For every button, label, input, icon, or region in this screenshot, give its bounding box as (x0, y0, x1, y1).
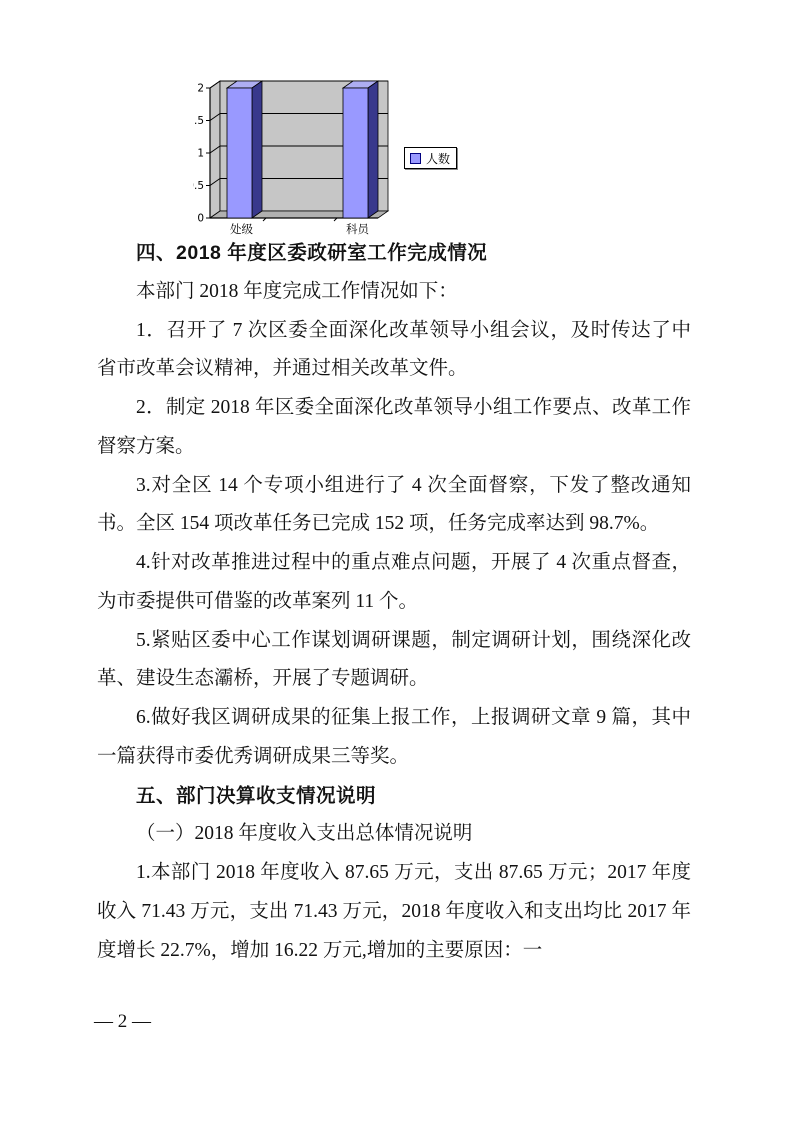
page-number: — 2 — (94, 1003, 151, 1041)
paragraph-item-5: 5.紧贴区委中心工作谋划调研课题，制定调研计划，围绕深化改革、建设生态灞桥，开展… (97, 622, 691, 700)
paragraph-item-4: 4.针对改革推进过程中的重点难点问题，开展了 4 次重点督查，为市委提供可借鉴的… (97, 544, 691, 622)
y-tick-label: 0 (197, 213, 204, 225)
document-body: 四、2018 年度区委政研室工作完成情况 本部门 2018 年度完成工作情况如下… (97, 234, 691, 970)
paragraph-subheading-1: （一）2018 年度收入支出总体情况说明 (97, 815, 691, 854)
y-tick-label: 2 (197, 83, 204, 95)
paragraph-item-2: 2．制定 2018 年区委全面深化改革领导小组工作要点、改革工作督察方案。 (97, 389, 691, 467)
paragraph-item-3: 3.对全区 14 个专项小组进行了 4 次全面督察，下发了整改通知书。全区 15… (97, 467, 691, 545)
legend-swatch (410, 153, 421, 164)
document-page: 00.511.52处级科员 人数 四、2018 年度区委政研室工作完成情况 本部… (0, 0, 793, 1122)
bar-side (252, 81, 262, 218)
section-heading-4: 四、2018 年度区委政研室工作完成情况 (97, 234, 691, 273)
paragraph-intro: 本部门 2018 年度完成工作情况如下： (97, 273, 691, 312)
paragraph-item-6: 6.做好我区调研成果的征集上报工作，上报调研文章 9 篇，其中一篇获得市委优秀调… (97, 699, 691, 777)
y-tick-label: 1.5 (193, 115, 204, 127)
y-tick-label: 1 (197, 148, 204, 160)
section-heading-5: 五、部门决算收支情况说明 (97, 777, 691, 816)
y-tick-label: 0.5 (193, 180, 204, 192)
staff-chart: 00.511.52处级科员 人数 (193, 78, 485, 248)
paragraph-budget-summary: 1.本部门 2018 年度收入 87.65 万元，支出 87.65 万元；201… (97, 854, 691, 970)
paragraph-item-1: 1．召开了 7 次区委全面深化改革领导小组会议，及时传达了中省市改革会议精神，并… (97, 312, 691, 390)
bar-face (343, 88, 368, 218)
legend-label: 人数 (426, 150, 450, 167)
chart-legend: 人数 (404, 147, 457, 169)
bar-side (368, 81, 378, 218)
bar-face (227, 88, 252, 218)
